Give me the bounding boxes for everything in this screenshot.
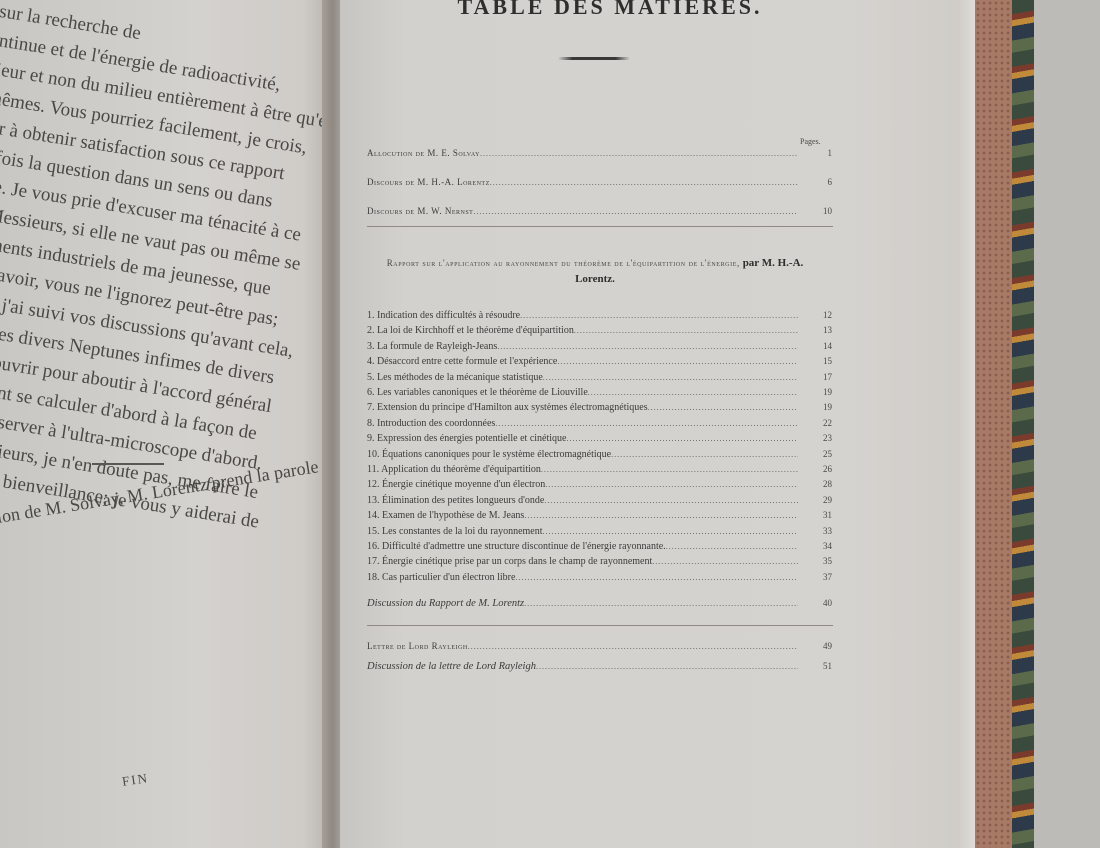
toc-entry: 12. Énergie cinétique moyenne d'un élect… <box>367 479 832 493</box>
left-page: vue sur la recherche deje continue et de… <box>0 0 330 848</box>
toc-entry: 9. Expression des énergies potentielle e… <box>367 433 832 447</box>
toc-entry: 4. Désaccord entre cette formule et l'ex… <box>367 356 832 370</box>
toc-entry: 1. Indication des difficultés à résoudre… <box>367 310 832 324</box>
toc-entry: 3. La formule de Rayleigh-Jeans14 <box>367 341 832 355</box>
toc-entry-letter: Lettre de Lord Rayleigh49 <box>367 641 832 655</box>
report-heading: Rapport sur l'application au rayonnement… <box>380 255 810 287</box>
toc-entry: 16. Difficulté d'admettre une structure … <box>367 541 832 555</box>
page-title: TABLE DES MATIÈRES. <box>440 0 780 20</box>
toc-entry: 6. Les variables canoniques et le théorè… <box>367 387 832 401</box>
toc-entry: 18. Cas particulier d'un électron libre3… <box>367 572 832 586</box>
fin-label: FIN <box>121 770 150 790</box>
toc-entry-letter-discussion: Discussion de la lettre de Lord Rayleigh… <box>367 661 832 675</box>
toc-entry: 8. Introduction des coordonnées22 <box>367 418 832 432</box>
toc-entry: 7. Extension du principe d'Hamilton aux … <box>367 402 832 416</box>
toc-entry: 15. Les constantes de la loi du rayonnem… <box>367 526 832 540</box>
toc-entry: Discours de M. H.-A. Lorentz6 <box>367 177 832 191</box>
toc-entry: 14. Examen de l'hypothèse de M. Jeans31 <box>367 510 832 524</box>
table-surface <box>1034 0 1100 848</box>
toc-entry: 10. Équations canoniques pour le système… <box>367 449 832 463</box>
divider <box>367 226 833 227</box>
toc-entry: 13. Élimination des petites longueurs d'… <box>367 495 832 509</box>
page-edges <box>960 0 976 848</box>
toc-entry: 2. La loi de Kirchhoff et le théorème d'… <box>367 325 832 339</box>
section-divider <box>92 463 164 465</box>
toc-entry: Discours de M. W. Nernst10 <box>367 206 832 220</box>
toc-entry-discussion: Discussion du Rapport de M. Lorentz40 <box>367 598 832 612</box>
toc-entry: 11. Application du théorème d'équipartit… <box>367 464 832 478</box>
toc-entry: 17. Énergie cinétique prise par un corps… <box>367 556 832 570</box>
title-ornament <box>558 57 630 60</box>
divider <box>367 625 833 626</box>
book-cover-leather <box>975 0 1015 848</box>
toc-entry: Allocution de M. E. Solvay1 <box>367 148 832 162</box>
toc-entry: 5. Les méthodes de la mécanique statisti… <box>367 372 832 386</box>
pages-column-label: Pages. <box>800 137 821 146</box>
marbled-edge <box>1012 0 1034 848</box>
